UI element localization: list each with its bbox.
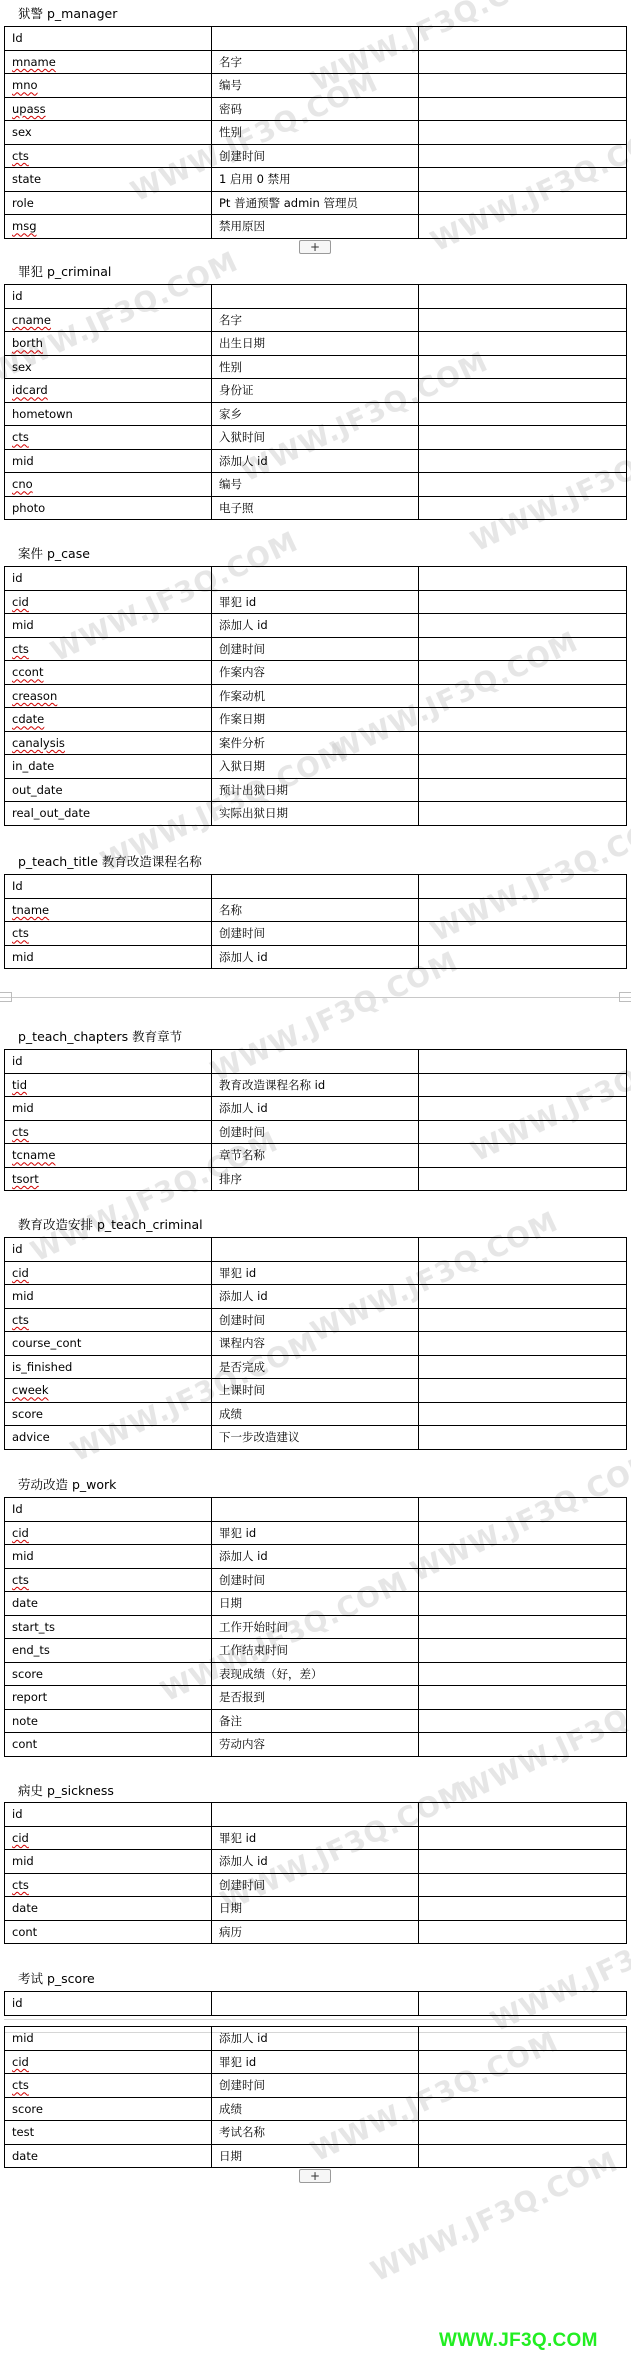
field-description-text: 性别 [219,360,242,374]
field-name-cell[interactable]: in_date [5,755,212,779]
field-extra-cell[interactable] [419,1826,627,1850]
field-description-cell[interactable]: 创建时间 [212,922,419,946]
field-extra-cell[interactable] [419,708,627,732]
field-name-text: id [12,571,23,585]
table-row: mno编号 [5,74,627,98]
field-description-cell[interactable]: 病历 [212,1920,419,1944]
field-extra-cell[interactable] [419,2121,627,2145]
field-description-cell[interactable]: 出生日期 [212,332,419,356]
field-description-text: 罪犯 id [219,1831,256,1845]
field-extra-cell[interactable] [419,1592,627,1616]
table-title-p-teach-criminal: 教育改造安排 p_teach_criminal [18,1217,203,1233]
field-name-cell[interactable]: cid [5,2050,212,2074]
field-extra-cell[interactable] [419,285,627,309]
field-description-cell[interactable]: 作案内容 [212,661,419,685]
field-name-cell[interactable]: report [5,1686,212,1710]
field-description-cell[interactable] [212,285,419,309]
field-extra-cell[interactable] [419,1709,627,1733]
field-name-cell[interactable]: cts [5,637,212,661]
field-description-text: 劳动内容 [219,1737,265,1751]
field-description-cell[interactable]: 日期 [212,2144,419,2168]
field-name-cell[interactable]: state [5,168,212,192]
field-name-cell[interactable]: sex [5,121,212,145]
field-description-cell[interactable]: 创建时间 [212,2074,419,2098]
field-extra-cell[interactable] [419,50,627,74]
field-description-cell[interactable] [212,1498,419,1522]
field-extra-cell[interactable] [419,1120,627,1144]
field-description-cell[interactable]: 添加人 id [212,2027,419,2051]
field-description-cell[interactable]: 作案动机 [212,684,419,708]
field-extra-cell[interactable] [419,2144,627,2168]
field-description-cell[interactable]: 名称 [212,898,419,922]
field-name-cell[interactable]: Id [5,875,212,899]
field-description-cell[interactable]: 罪犯 id [212,590,419,614]
field-name-cell[interactable]: tname [5,898,212,922]
field-description-cell[interactable]: 日期 [212,1592,419,1616]
field-description-text: 日期 [219,1596,242,1610]
field-name-cell[interactable]: date [5,2144,212,2168]
table-row: cont劳动内容 [5,1733,627,1757]
field-description-cell[interactable] [212,1238,419,1262]
field-name-cell[interactable]: canalysis [5,731,212,755]
field-description-cell[interactable]: 罪犯 id [212,2050,419,2074]
field-description-text: 编号 [219,78,242,92]
field-name-cell[interactable]: cts [5,144,212,168]
field-description-cell[interactable] [212,27,419,51]
field-name-cell[interactable]: mid [5,1545,212,1569]
field-name-cell[interactable]: out_date [5,778,212,802]
field-description-text: 禁用原因 [219,219,265,233]
field-extra-cell[interactable] [419,2074,627,2098]
field-name-cell[interactable]: Id [5,1498,212,1522]
field-name-cell[interactable]: mid [5,945,212,969]
table-row: id [5,567,627,591]
table-row: tcname章节名称 [5,1144,627,1168]
field-extra-cell[interactable] [419,802,627,826]
field-extra-cell[interactable] [419,1073,627,1097]
field-name-cell[interactable]: tcname [5,1144,212,1168]
field-extra-cell[interactable] [419,27,627,51]
field-name-cell[interactable]: cts [5,2074,212,2098]
field-name-cell[interactable]: id [5,1050,212,1074]
field-extra-cell[interactable] [419,1238,627,1262]
field-name-cell[interactable]: advice [5,1426,212,1450]
field-description-cell[interactable]: 成绩 [212,1402,419,1426]
field-extra-cell[interactable] [419,121,627,145]
table-title-p-score: 考试 p_score [18,1971,95,1987]
field-name-text: cdate [12,712,44,726]
field-extra-cell[interactable] [419,1920,627,1944]
field-name-cell[interactable]: mid [5,1285,212,1309]
field-extra-cell[interactable] [419,332,627,356]
field-description-cell[interactable]: 入狱时间 [212,426,419,450]
field-name-cell[interactable]: cont [5,1733,212,1757]
field-description-cell[interactable]: 创建时间 [212,1308,419,1332]
table-row: in_date入狱日期 [5,755,627,779]
field-name-text: cweek [12,1383,49,1397]
field-extra-cell[interactable] [419,731,627,755]
field-description-cell[interactable]: 是否完成 [212,1355,419,1379]
field-extra-cell[interactable] [419,1897,627,1921]
field-extra-cell[interactable] [419,1097,627,1121]
field-extra-cell[interactable] [419,922,627,946]
field-name-cell[interactable]: id [5,567,212,591]
field-extra-cell[interactable] [419,875,627,899]
field-extra-cell[interactable] [419,684,627,708]
add-row-button[interactable]: + [299,2169,331,2183]
field-description-cell[interactable]: 排序 [212,1167,419,1191]
field-description-cell[interactable]: 章节名称 [212,1144,419,1168]
field-description-cell[interactable]: 是否报到 [212,1686,419,1710]
field-description-cell[interactable]: 作案日期 [212,708,419,732]
field-extra-cell[interactable] [419,1379,627,1403]
field-name-cell[interactable]: msg [5,215,212,239]
field-extra-cell[interactable] [419,426,627,450]
field-description-text: 创建时间 [219,2078,265,2092]
table-row: rolePt 普通预警 admin 管理员 [5,191,627,215]
field-description-cell[interactable]: 添加人 id [212,1285,419,1309]
field-extra-cell[interactable] [419,1615,627,1639]
field-description-text: 排序 [219,1172,242,1186]
field-extra-cell[interactable] [419,1733,627,1757]
field-name-cell[interactable]: score [5,2097,212,2121]
field-name-cell[interactable]: cts [5,922,212,946]
field-name-cell[interactable]: cts [5,426,212,450]
field-description-cell[interactable]: 罪犯 id [212,1261,419,1285]
field-name-cell[interactable]: mid [5,1097,212,1121]
field-extra-cell[interactable] [419,496,627,520]
field-name-text: cts [12,430,29,444]
field-description-cell[interactable]: 添加人 id [212,1097,419,1121]
field-extra-cell[interactable] [419,1308,627,1332]
table-row: is_finished是否完成 [5,1355,627,1379]
field-description-text: 性别 [219,125,242,139]
field-name-text: cts [12,926,29,940]
field-description-cell[interactable]: 工作结束时间 [212,1639,419,1663]
field-extra-cell[interactable] [419,449,627,473]
field-description-cell[interactable]: 密码 [212,97,419,121]
field-name-text: cid [12,2055,29,2069]
field-description-text: 添加人 id [219,1549,268,1563]
field-name-cell[interactable]: cid [5,1826,212,1850]
field-description-cell[interactable]: 名字 [212,50,419,74]
field-name-cell[interactable]: id [5,285,212,309]
field-name-text: cid [12,1266,29,1280]
field-description-cell[interactable]: 成绩 [212,2097,419,2121]
table-row: photo电子照 [5,496,627,520]
field-extra-cell[interactable] [419,1992,627,2016]
field-extra-cell[interactable] [419,1332,627,1356]
field-extra-cell[interactable] [419,614,627,638]
field-name-cell[interactable]: test [5,2121,212,2145]
field-name-cell[interactable]: cid [5,1261,212,1285]
field-extra-cell[interactable] [419,661,627,685]
table-row: cts创建时间 [5,637,627,661]
field-description-cell[interactable]: 创建时间 [212,1873,419,1897]
field-name-text: mid [12,1549,34,1563]
field-extra-cell[interactable] [419,1285,627,1309]
field-description-cell[interactable] [212,1992,419,2016]
table-row: cweek上课时间 [5,1379,627,1403]
field-extra-cell[interactable] [419,898,627,922]
field-description-text: 添加人 id [219,1289,268,1303]
field-name-cell[interactable]: is_finished [5,1355,212,1379]
field-description-cell[interactable]: 1 启用 0 禁用 [212,168,419,192]
field-extra-cell[interactable] [419,945,627,969]
field-description-cell[interactable]: 性别 [212,121,419,145]
field-description-cell[interactable]: 罪犯 id [212,1521,419,1545]
field-extra-cell[interactable] [419,1850,627,1874]
field-extra-cell[interactable] [419,308,627,332]
field-name-cell[interactable]: tsort [5,1167,212,1191]
field-extra-cell[interactable] [419,1167,627,1191]
field-name-cell[interactable]: note [5,1709,212,1733]
field-description-cell[interactable]: 实际出狱日期 [212,802,419,826]
field-description-cell[interactable]: 添加人 id [212,945,419,969]
field-extra-cell[interactable] [419,1803,627,1827]
field-extra-cell[interactable] [419,191,627,215]
field-name-cell[interactable]: start_ts [5,1615,212,1639]
field-name-cell[interactable]: ccont [5,661,212,685]
field-name-cell[interactable]: hometown [5,402,212,426]
field-name-text: score [12,1407,43,1421]
field-description-cell[interactable]: 教育改造课程名称 id [212,1073,419,1097]
field-name-cell[interactable]: cts [5,1120,212,1144]
field-description-cell[interactable]: 下一步改造建议 [212,1426,419,1450]
table-row: date日期 [5,2144,627,2168]
field-description-cell[interactable]: 创建时间 [212,144,419,168]
table-row: mname名字 [5,50,627,74]
field-extra-cell[interactable] [419,402,627,426]
field-description-cell[interactable]: 编号 [212,74,419,98]
field-name-text: photo [12,501,45,515]
field-name-text: id [12,1242,23,1256]
field-extra-cell[interactable] [419,1662,627,1686]
field-extra-cell[interactable] [419,144,627,168]
field-extra-cell[interactable] [419,1873,627,1897]
field-description-cell[interactable]: 编号 [212,473,419,497]
field-extra-cell[interactable] [419,355,627,379]
field-description-text: 日期 [219,2149,242,2163]
field-name-text: test [12,2125,34,2139]
field-description-cell[interactable]: 案件分析 [212,731,419,755]
field-description-cell[interactable]: 创建时间 [212,637,419,661]
table-row: score表现成绩（好，差） [5,1662,627,1686]
field-extra-cell[interactable] [419,1568,627,1592]
field-name-cell[interactable]: mid [5,2027,212,2051]
field-description-cell[interactable]: 创建时间 [212,1568,419,1592]
field-description-cell[interactable]: Pt 普通预警 admin 管理员 [212,191,419,215]
table-row: mid添加人 id [5,945,627,969]
field-name-cell[interactable]: borth [5,332,212,356]
field-name-cell[interactable]: end_ts [5,1639,212,1663]
field-extra-cell[interactable] [419,168,627,192]
field-extra-cell[interactable] [419,590,627,614]
field-name-text: borth [12,336,43,350]
field-name-text: cts [12,2078,29,2092]
field-description-cell[interactable]: 家乡 [212,402,419,426]
field-name-text: cts [12,642,29,656]
field-extra-cell[interactable] [419,1545,627,1569]
field-description-cell[interactable]: 添加人 id [212,1850,419,1874]
table-row: mid添加人 id [5,1097,627,1121]
field-name-text: tid [12,1078,27,1092]
field-name-text: sex [12,125,32,139]
field-extra-cell[interactable] [419,473,627,497]
field-name-cell[interactable]: score [5,1662,212,1686]
field-name-text: tname [12,903,49,917]
field-extra-cell[interactable] [419,637,627,661]
field-name-text: date [12,1596,38,1610]
field-description-cell[interactable]: 添加人 id [212,449,419,473]
field-name-cell[interactable]: cdate [5,708,212,732]
field-extra-cell[interactable] [419,2027,627,2051]
field-extra-cell[interactable] [419,755,627,779]
field-name-text: Id [12,879,23,893]
field-name-cell[interactable]: cts [5,1308,212,1332]
table-row: id [5,1050,627,1074]
field-description-text: 身份证 [219,383,254,397]
field-description-text: 成绩 [219,2102,242,2116]
field-name-cell[interactable]: id [5,1992,212,2016]
field-description-cell[interactable]: 劳动内容 [212,1733,419,1757]
field-name-cell[interactable]: photo [5,496,212,520]
table-row: ccont作案内容 [5,661,627,685]
field-description-text: 考试名称 [219,2125,265,2139]
table-row: Id [5,1498,627,1522]
field-description-cell[interactable]: 创建时间 [212,1120,419,1144]
field-description-text: 作案内容 [219,665,265,679]
field-extra-cell[interactable] [419,97,627,121]
field-name-cell[interactable]: id [5,1238,212,1262]
field-name-cell[interactable]: tid [5,1073,212,1097]
field-name-cell[interactable]: date [5,1592,212,1616]
field-name-cell[interactable]: cno [5,473,212,497]
field-extra-cell[interactable] [419,1050,627,1074]
field-name-cell[interactable]: creason [5,684,212,708]
field-extra-cell[interactable] [419,2097,627,2121]
field-extra-cell[interactable] [419,1402,627,1426]
field-extra-cell[interactable] [419,1521,627,1545]
field-name-cell[interactable]: real_out_date [5,802,212,826]
field-extra-cell[interactable] [419,1144,627,1168]
table-row: cts创建时间 [5,922,627,946]
field-description-cell[interactable]: 名字 [212,308,419,332]
field-name-cell[interactable]: cname [5,308,212,332]
field-name-cell[interactable]: idcard [5,379,212,403]
table-row: upass密码 [5,97,627,121]
field-name-cell[interactable]: mid [5,1850,212,1874]
field-extra-cell[interactable] [419,567,627,591]
field-extra-cell[interactable] [419,215,627,239]
field-description-cell[interactable]: 电子照 [212,496,419,520]
field-description-cell[interactable]: 入狱日期 [212,755,419,779]
field-name-cell[interactable]: id [5,1803,212,1827]
field-name-cell[interactable]: cont [5,1920,212,1944]
field-description-cell[interactable]: 预计出狱日期 [212,778,419,802]
field-name-cell[interactable]: cts [5,1568,212,1592]
field-name-cell[interactable]: mid [5,449,212,473]
field-name-cell[interactable]: date [5,1897,212,1921]
field-name-cell[interactable]: mname [5,50,212,74]
field-name-cell[interactable]: cid [5,590,212,614]
field-name-cell[interactable]: cweek [5,1379,212,1403]
field-description-text: 入狱日期 [219,759,265,773]
field-extra-cell[interactable] [419,1355,627,1379]
table-row: cno编号 [5,473,627,497]
field-name-cell[interactable]: Id [5,27,212,51]
field-description-cell[interactable]: 性别 [212,355,419,379]
field-name-text: mid [12,950,34,964]
table-row: real_out_date实际出狱日期 [5,802,627,826]
schema-table-p-teach-title: Idtname名称cts创建时间mid添加人 id [4,874,627,969]
field-name-cell[interactable]: mno [5,74,212,98]
field-name-text: idcard [12,383,48,397]
field-description-cell[interactable]: 考试名称 [212,2121,419,2145]
field-description-text: 创建时间 [219,1125,265,1139]
field-name-cell[interactable]: upass [5,97,212,121]
field-description-cell[interactable] [212,1803,419,1827]
table-row: cid罪犯 id [5,1826,627,1850]
field-extra-cell[interactable] [419,778,627,802]
field-extra-cell[interactable] [419,1686,627,1710]
field-description-text: 名称 [219,903,242,917]
field-description-cell[interactable]: 添加人 id [212,614,419,638]
field-name-cell[interactable]: course_cont [5,1332,212,1356]
table-row: cid罪犯 id [5,1261,627,1285]
field-name-text: id [12,1054,23,1068]
field-description-cell[interactable]: 添加人 id [212,1545,419,1569]
field-extra-cell[interactable] [419,379,627,403]
field-description-cell[interactable]: 禁用原因 [212,215,419,239]
field-extra-cell[interactable] [419,1639,627,1663]
add-row-button[interactable]: + [299,240,331,254]
field-description-cell[interactable]: 课程内容 [212,1332,419,1356]
field-description-text: 创建时间 [219,926,265,940]
table-row: mid添加人 id [5,1850,627,1874]
field-name-cell[interactable]: sex [5,355,212,379]
field-name-cell[interactable]: cts [5,1873,212,1897]
schema-table-p-teach-criminal: idcid罪犯 idmid添加人 idcts创建时间course_cont课程内… [4,1237,627,1450]
field-extra-cell[interactable] [419,2050,627,2074]
field-description-cell[interactable] [212,875,419,899]
field-name-text: mid [12,618,34,632]
field-description-cell[interactable]: 身份证 [212,379,419,403]
field-description-cell[interactable] [212,567,419,591]
field-description-cell[interactable] [212,1050,419,1074]
field-name-cell[interactable]: cid [5,1521,212,1545]
field-name-text: mid [12,2031,34,2045]
field-extra-cell[interactable] [419,1261,627,1285]
field-extra-cell[interactable] [419,1498,627,1522]
field-extra-cell[interactable] [419,74,627,98]
field-name-text: cts [12,1878,29,1892]
field-description-cell[interactable]: 表现成绩（好，差） [212,1662,419,1686]
field-description-cell[interactable]: 上课时间 [212,1379,419,1403]
field-description-text: 作案日期 [219,712,265,726]
field-name-text: mname [12,55,56,69]
field-name-cell[interactable]: mid [5,614,212,638]
table-row: date日期 [5,1897,627,1921]
field-name-cell[interactable]: score [5,1402,212,1426]
field-description-cell[interactable]: 工作开始时间 [212,1615,419,1639]
field-extra-cell[interactable] [419,1426,627,1450]
field-description-text: 罪犯 id [219,1266,256,1280]
field-description-cell[interactable]: 罪犯 id [212,1826,419,1850]
field-description-cell[interactable]: 备注 [212,1709,419,1733]
field-name-cell[interactable]: role [5,191,212,215]
field-description-cell[interactable]: 日期 [212,1897,419,1921]
